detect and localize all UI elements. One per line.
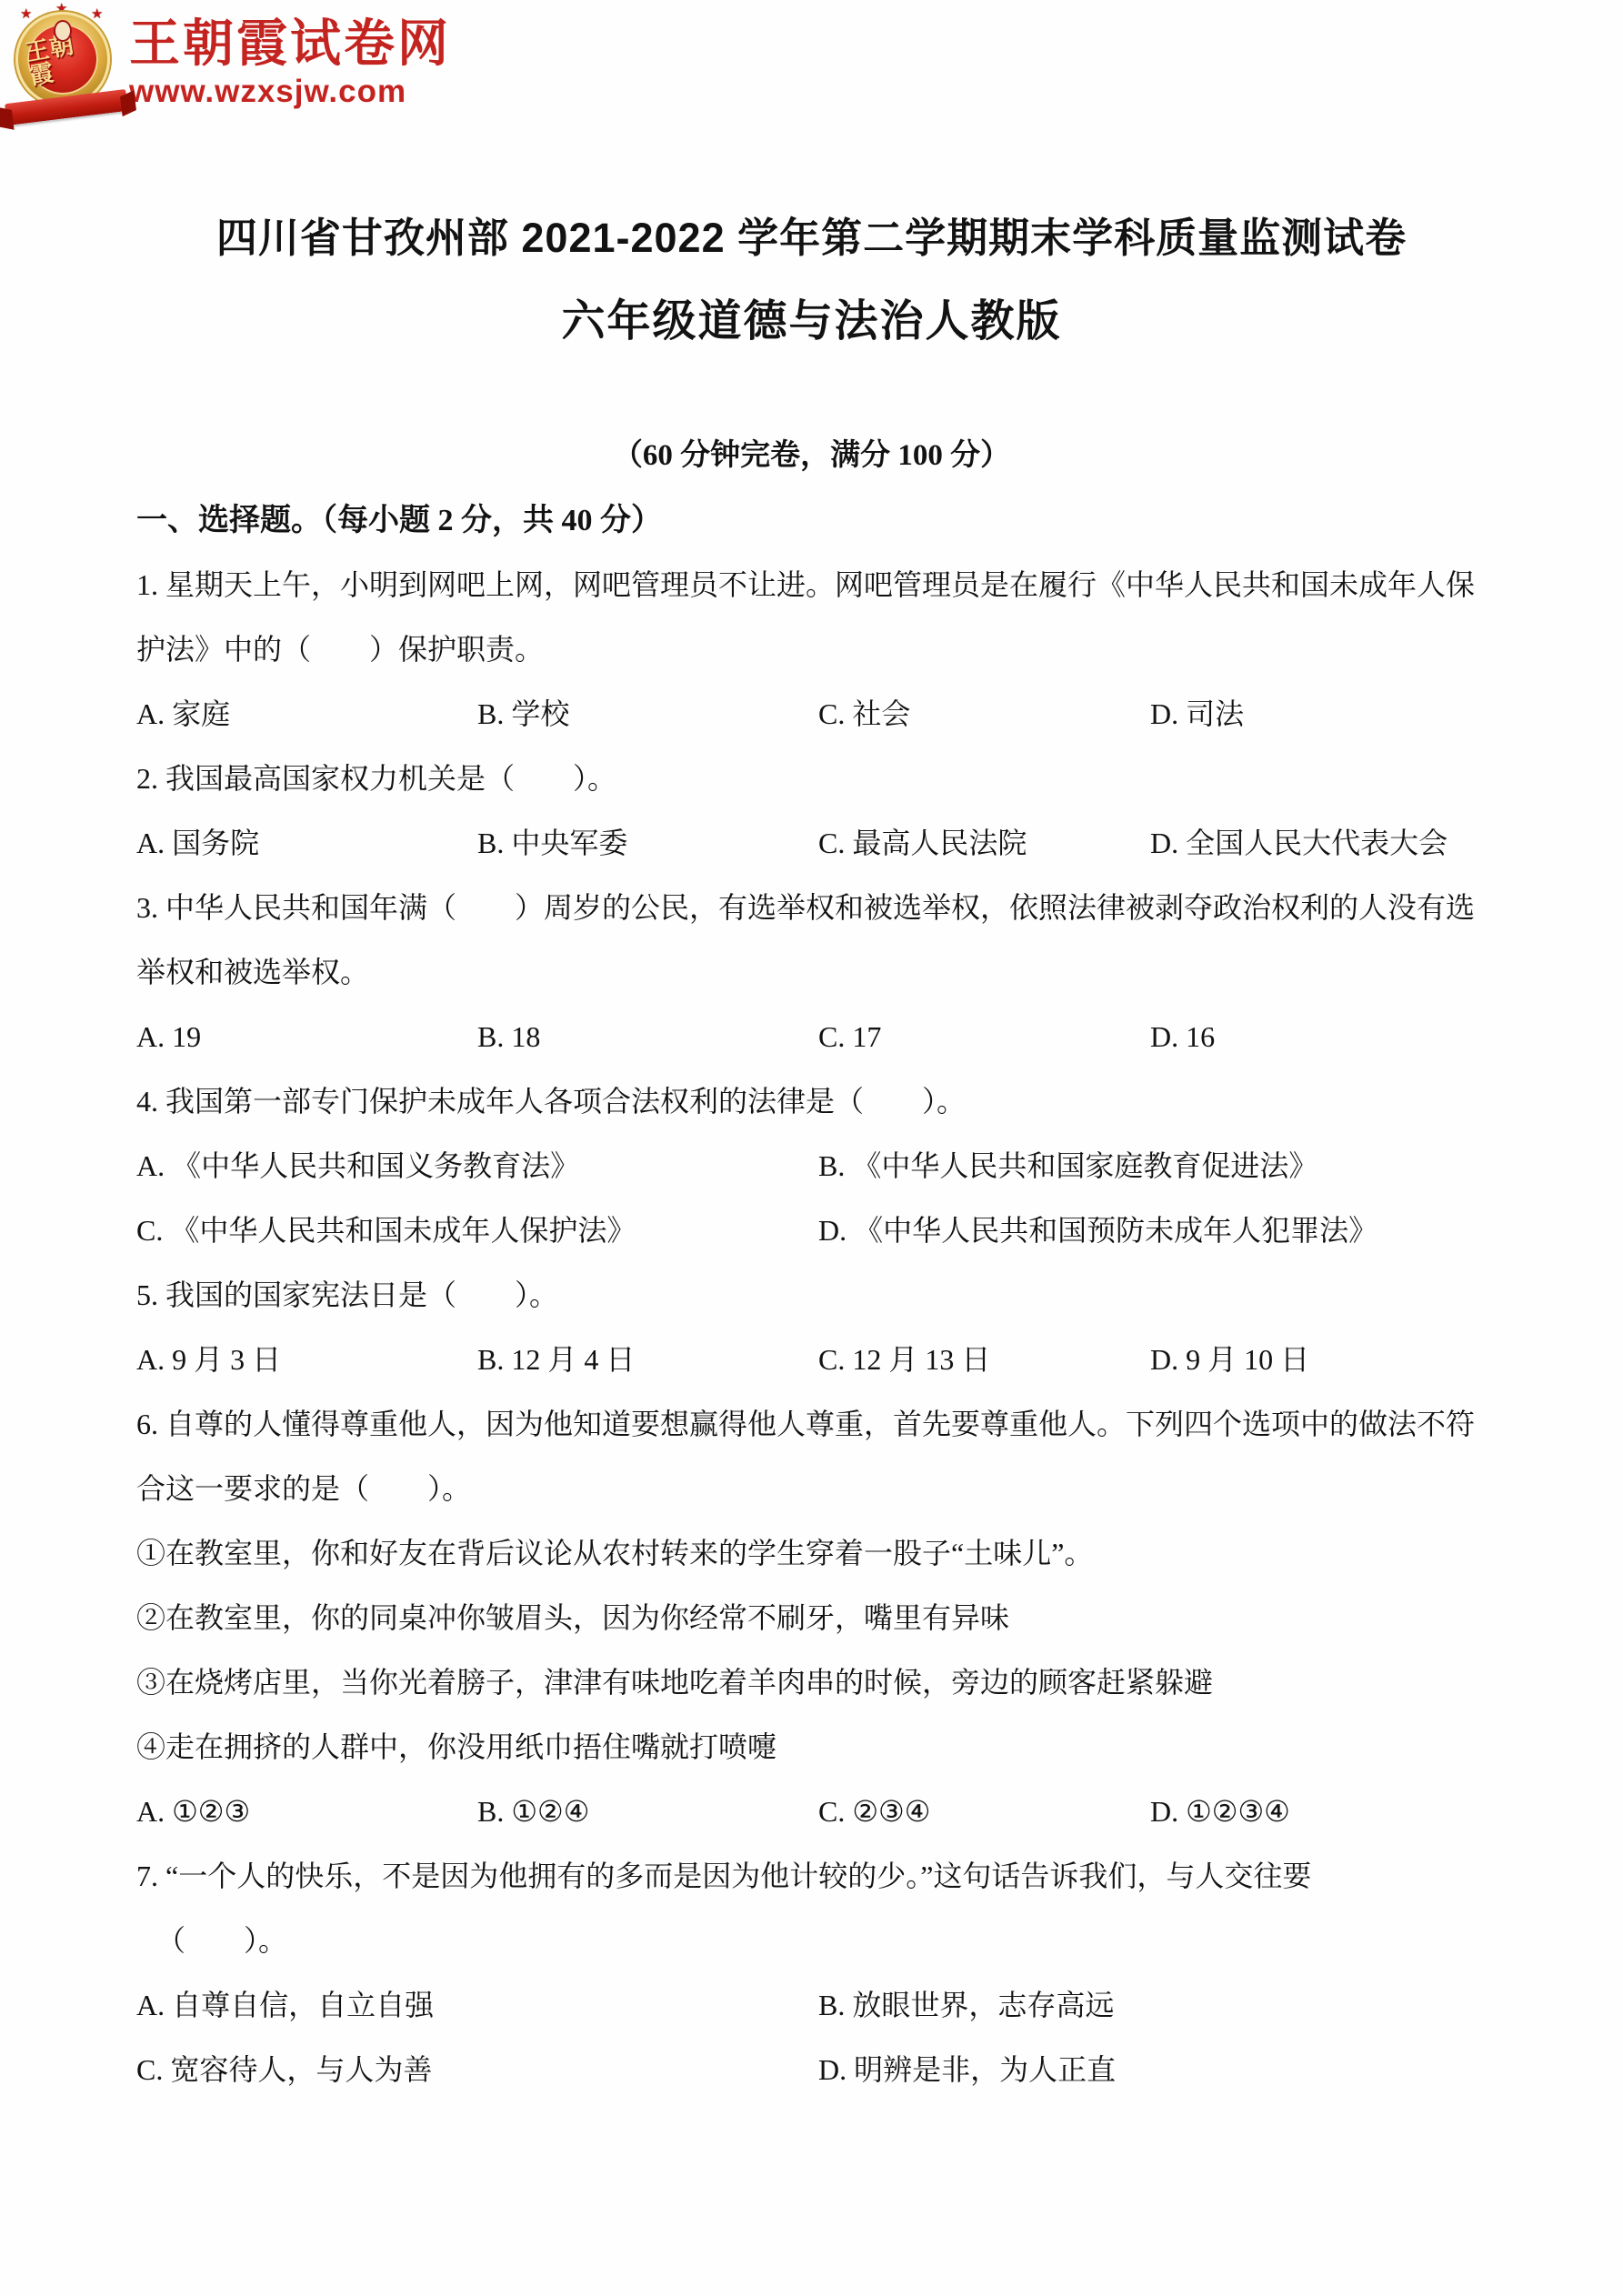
q1-line-2: 护法》中的（ ）保护职责。 — [136, 617, 1487, 682]
exam-paper-page: ★ ★ ★ 王朝霞 王朝霞试卷网 www.wzxsjw.com 四川省甘孜州部 … — [0, 0, 1623, 2296]
q7-option-a: A. 自尊自信，自立自强 — [136, 1973, 818, 2038]
q4-option-b: B. 《中华人民共和国家庭教育促进法》 — [818, 1134, 1487, 1198]
q1-text-2: 护法》中的（ ）保护职责。 — [136, 617, 544, 682]
section-heading-text: 一、选择题。（每小题 2 分，共 40 分） — [136, 488, 662, 553]
q2-option-b: B. 中央军委 — [477, 811, 818, 876]
q7-options-row-2: C. 宽容待人，与人为善 D. 明辨是非，为人正直 — [136, 2038, 1487, 2102]
q7-option-b: B. 放眼世界，志存高远 — [818, 1973, 1487, 2038]
q1-option-b: B. 学校 — [477, 682, 818, 747]
q2-option-c: C. 最高人民法院 — [818, 811, 1150, 876]
exam-info-text: （60 分钟完卷，满分 100 分） — [613, 424, 1010, 488]
q5-line-1: 5. 我国的国家宪法日是（ ）。 — [136, 1263, 1487, 1328]
q6-subitem-1-text: ①在教室里，你和好友在背后议论从农村转来的学生穿着一股子“土味儿”。 — [136, 1521, 1093, 1586]
page-subtitle: 六年级道德与法治人教版 — [136, 295, 1487, 349]
q6-subitem-3: ③在烧烤店里，当你光着膀子，津津有味地吃着羊肉串的时候，旁边的顾客赶紧躲避 — [136, 1650, 1487, 1715]
q1-option-d: D. 司法 — [1150, 682, 1487, 747]
q6-subitem-2: ②在教室里，你的同桌冲你皱眉头，因为你经常不刷牙，嘴里有异味 — [136, 1586, 1487, 1650]
document-body: 四川省甘孜州部 2021-2022 学年第二学期期末学科质量监测试卷 六年级道德… — [0, 0, 1623, 2102]
q1-option-a: A. 家庭 — [136, 682, 477, 747]
q3-line-1: 3. 中华人民共和国年满（ ）周岁的公民，有选举权和被选举权，依照法律被剥夺政治… — [136, 876, 1487, 940]
q4-option-a: A. 《中华人民共和国义务教育法》 — [136, 1134, 818, 1198]
q5-option-d: D. 9 月 10 日 — [1150, 1328, 1487, 1392]
q5-option-b: B. 12 月 4 日 — [477, 1328, 818, 1392]
q3-line-2: 举权和被选举权。 — [136, 940, 1487, 1005]
q7-option-c: C. 宽容待人，与人为善 — [136, 2038, 818, 2102]
q3-options-row: A. 19 B. 18 C. 17 D. 16 — [136, 1005, 1487, 1069]
q2-option-a: A. 国务院 — [136, 811, 477, 876]
q3-option-a: A. 19 — [136, 1005, 477, 1069]
q7-line-1: 7. “一个人的快乐，不是因为他拥有的多而是因为他计较的少。”这句话告诉我们，与… — [136, 1844, 1487, 1909]
q1-line-1: 1. 星期天上午，小明到网吧上网，网吧管理员不让进。网吧管理员是在履行《中华人民… — [136, 553, 1487, 617]
q3-option-b: B. 18 — [477, 1005, 818, 1069]
question-area: （60 分钟完卷，满分 100 分） 一、选择题。（每小题 2 分，共 40 分… — [136, 424, 1487, 2102]
exam-info-line: （60 分钟完卷，满分 100 分） — [136, 424, 1487, 488]
q6-option-a: A. ①②③ — [136, 1780, 477, 1844]
q6-options-row: A. ①②③ B. ①②④ C. ②③④ D. ①②③④ — [136, 1780, 1487, 1844]
q7-options-row-1: A. 自尊自信，自立自强 B. 放眼世界，志存高远 — [136, 1973, 1487, 2038]
q5-option-c: C. 12 月 13 日 — [818, 1328, 1150, 1392]
q2-options-row: A. 国务院 B. 中央军委 C. 最高人民法院 D. 全国人民大代表大会 — [136, 811, 1487, 876]
q4-text-1: 4. 我国第一部专门保护未成年人各项合法权利的法律是（ ）。 — [136, 1069, 966, 1134]
q5-text-1: 5. 我国的国家宪法日是（ ）。 — [136, 1263, 558, 1328]
q4-line-1: 4. 我国第一部专门保护未成年人各项合法权利的法律是（ ）。 — [136, 1069, 1487, 1134]
q4-options-row-2: C. 《中华人民共和国未成年人保护法》 D. 《中华人民共和国预防未成年人犯罪法… — [136, 1198, 1487, 1263]
q6-line-1: 6. 自尊的人懂得尊重他人，因为他知道要想赢得他人尊重，首先要尊重他人。下列四个… — [136, 1392, 1487, 1457]
q3-option-d: D. 16 — [1150, 1005, 1487, 1069]
q6-option-d: D. ①②③④ — [1150, 1780, 1487, 1844]
q6-option-b: B. ①②④ — [477, 1780, 818, 1844]
q6-option-c: C. ②③④ — [818, 1780, 1150, 1844]
q7-option-d: D. 明辨是非，为人正直 — [818, 2038, 1487, 2102]
q4-option-c: C. 《中华人民共和国未成年人保护法》 — [136, 1198, 818, 1263]
q4-option-d: D. 《中华人民共和国预防未成年人犯罪法》 — [818, 1198, 1487, 1263]
q6-subitem-2-text: ②在教室里，你的同桌冲你皱眉头，因为你经常不刷牙，嘴里有异味 — [136, 1586, 1009, 1650]
page-title: 四川省甘孜州部 2021-2022 学年第二学期期末学科质量监测试卷 — [136, 211, 1487, 266]
q1-option-c: C. 社会 — [818, 682, 1150, 747]
q6-text-2: 合这一要求的是（ ）。 — [136, 1457, 471, 1521]
q3-option-c: C. 17 — [818, 1005, 1150, 1069]
q7-text-1: 7. “一个人的快乐，不是因为他拥有的多而是因为他计较的少。”这句话告诉我们，与… — [136, 1844, 1311, 1909]
q1-text-1: 1. 星期天上午，小明到网吧上网，网吧管理员不让进。网吧管理员是在履行《中华人民… — [136, 553, 1475, 617]
q6-line-2: 合这一要求的是（ ）。 — [136, 1457, 1487, 1521]
q6-subitem-4: ④走在拥挤的人群中，你没用纸巾捂住嘴就打喷嚏 — [136, 1715, 1487, 1780]
section-heading: 一、选择题。（每小题 2 分，共 40 分） — [136, 488, 1487, 553]
q5-option-a: A. 9 月 3 日 — [136, 1328, 477, 1392]
q2-option-d: D. 全国人民大代表大会 — [1150, 811, 1487, 876]
q5-options-row: A. 9 月 3 日 B. 12 月 4 日 C. 12 月 13 日 D. 9… — [136, 1328, 1487, 1392]
q3-text-2: 举权和被选举权。 — [136, 940, 369, 1005]
q6-subitem-3-text: ③在烧烤店里，当你光着膀子，津津有味地吃着羊肉串的时候，旁边的顾客赶紧躲避 — [136, 1650, 1213, 1715]
q4-options-row-1: A. 《中华人民共和国义务教育法》 B. 《中华人民共和国家庭教育促进法》 — [136, 1134, 1487, 1198]
q7-text-2: （ ）。 — [156, 1909, 287, 1973]
q1-options-row: A. 家庭 B. 学校 C. 社会 D. 司法 — [136, 682, 1487, 747]
q3-text-1: 3. 中华人民共和国年满（ ）周岁的公民，有选举权和被选举权，依照法律被剥夺政治… — [136, 876, 1475, 940]
q2-line-1: 2. 我国最高国家权力机关是（ ）。 — [136, 747, 1487, 811]
q6-subitem-4-text: ④走在拥挤的人群中，你没用纸巾捂住嘴就打喷嚏 — [136, 1715, 776, 1780]
q6-subitem-1: ①在教室里，你和好友在背后议论从农村转来的学生穿着一股子“土味儿”。 — [136, 1521, 1487, 1586]
q7-line-2: （ ）。 — [136, 1909, 1487, 1973]
q6-text-1: 6. 自尊的人懂得尊重他人，因为他知道要想赢得他人尊重，首先要尊重他人。下列四个… — [136, 1392, 1475, 1457]
q2-text-1: 2. 我国最高国家权力机关是（ ）。 — [136, 747, 616, 811]
